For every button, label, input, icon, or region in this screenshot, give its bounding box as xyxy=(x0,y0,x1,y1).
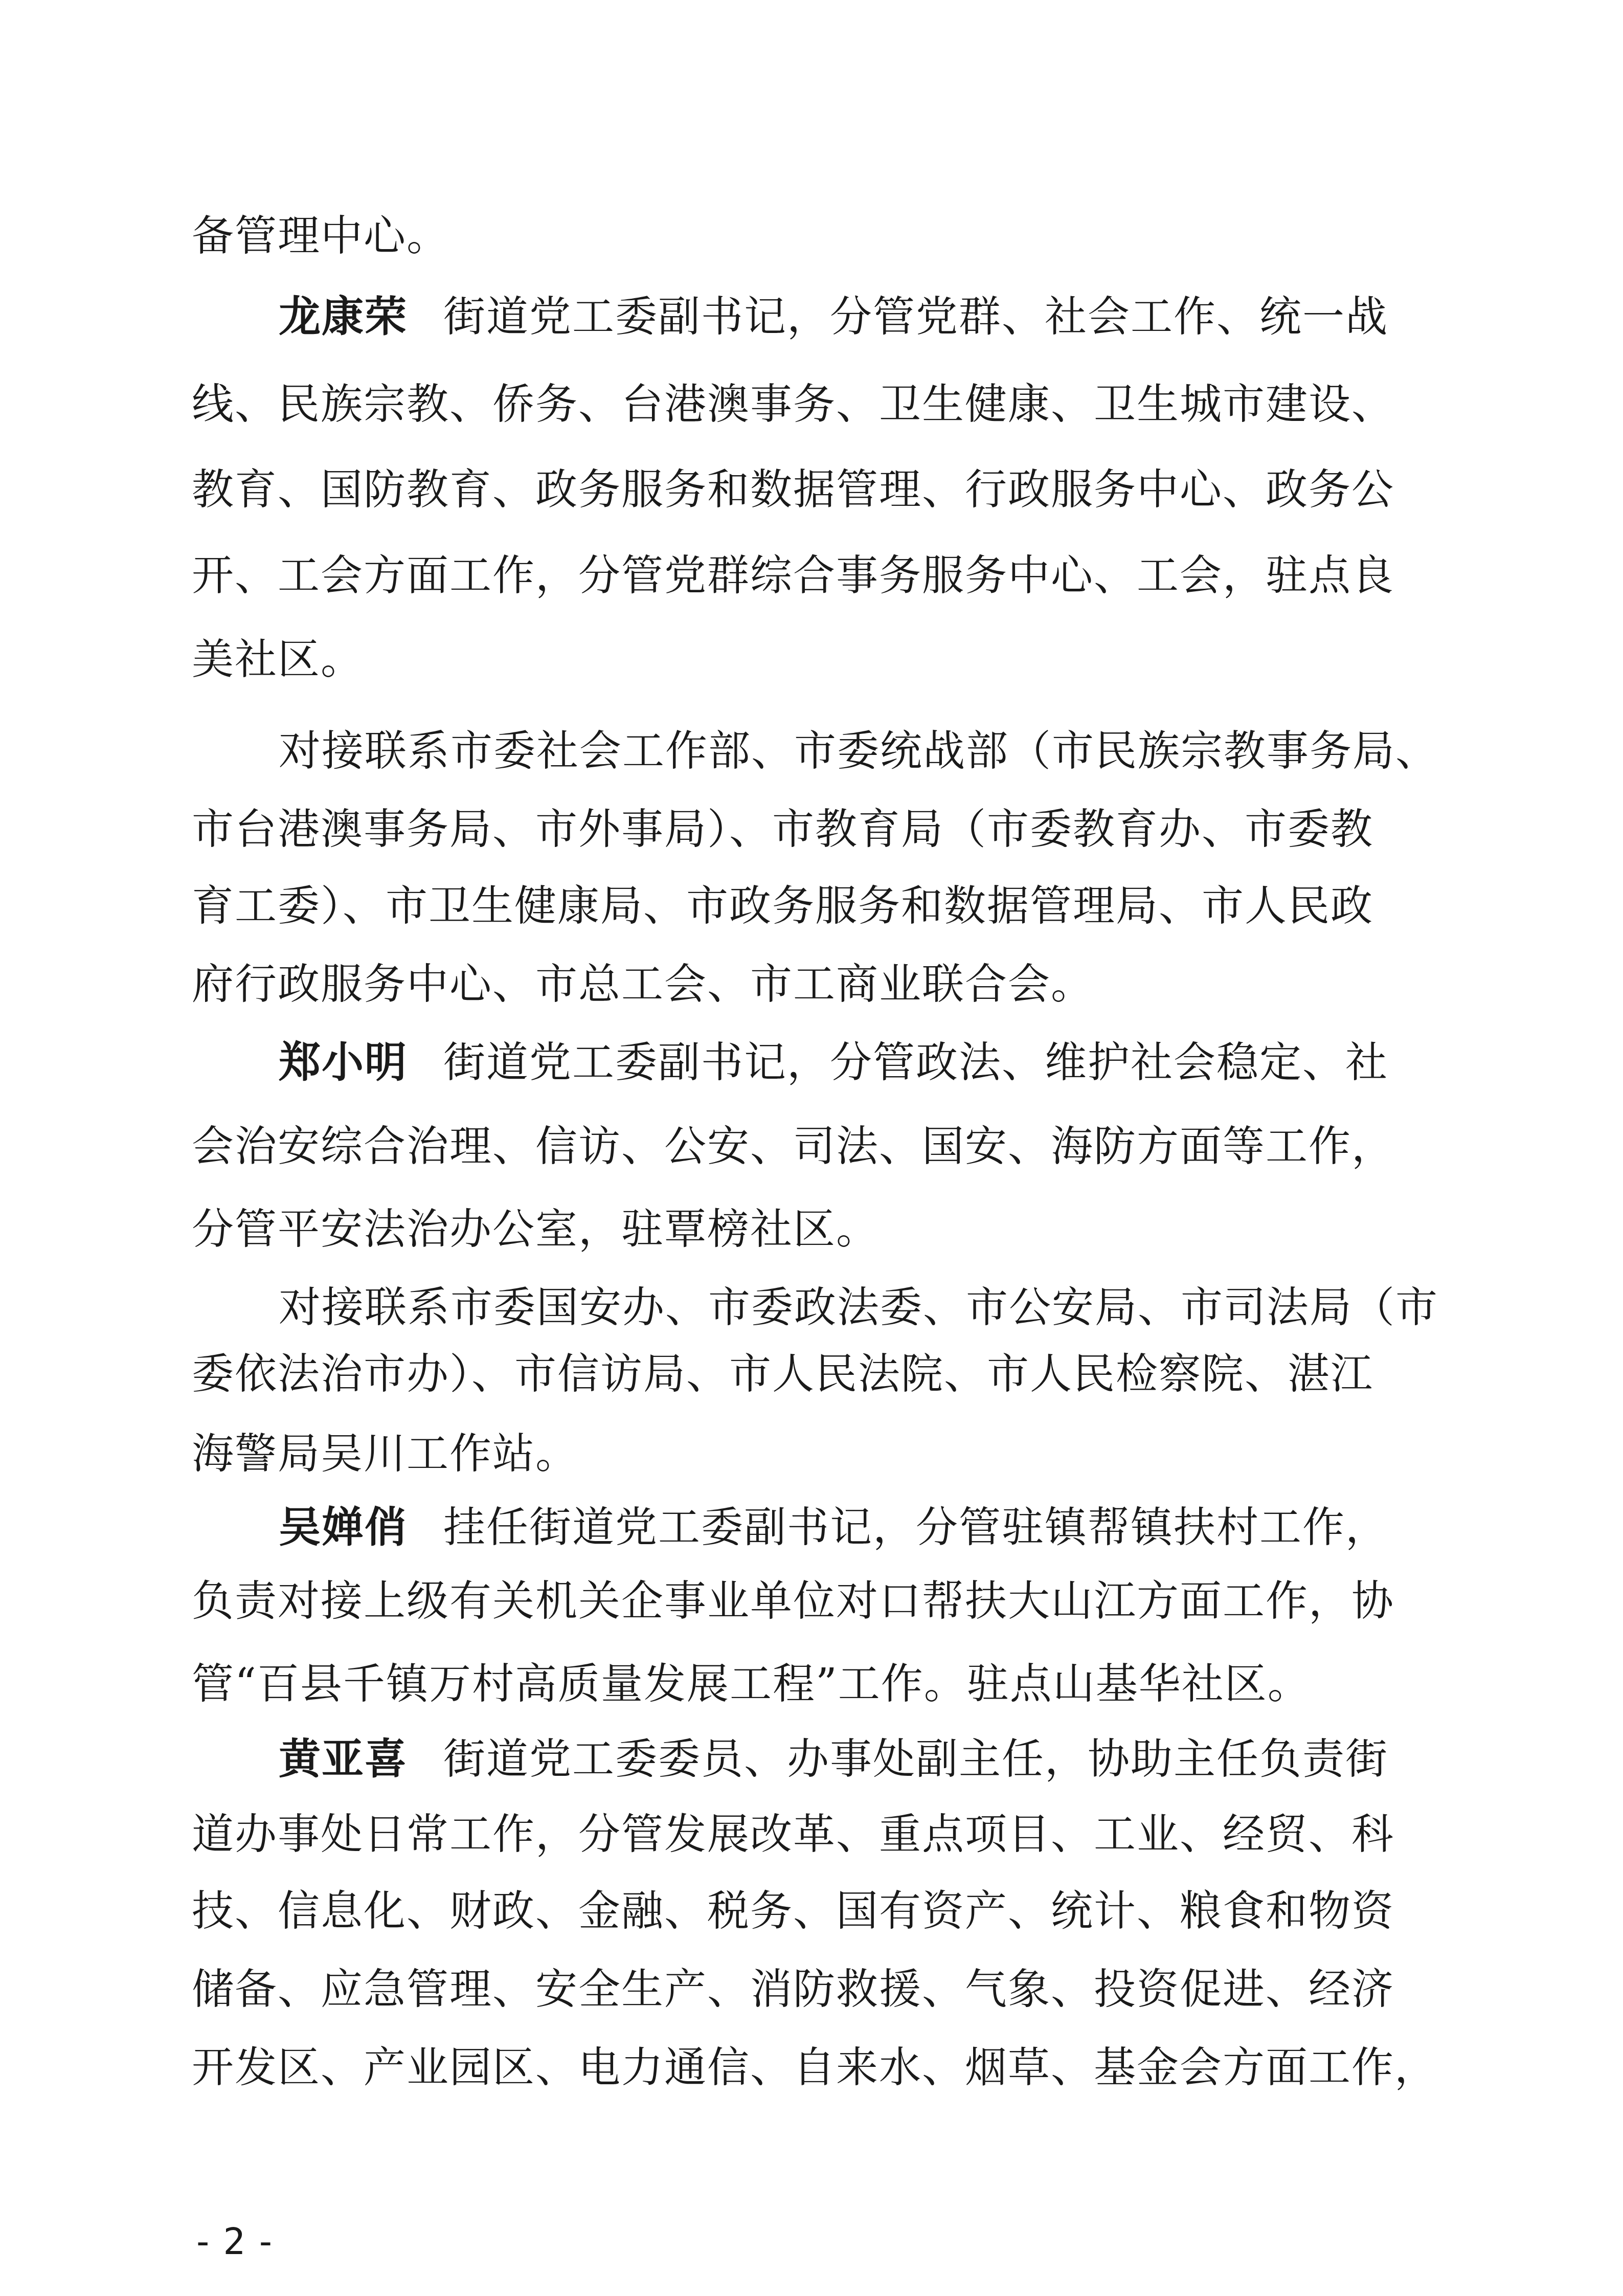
page-number: -2- xyxy=(192,2220,286,2263)
person-name: 吴婵俏 xyxy=(279,1503,408,1552)
text-line: 美社区。 xyxy=(192,634,1419,685)
text-line: 海警局吴川工作站。 xyxy=(192,1429,1419,1480)
person-paragraph-wu-chanqiao: 吴婵俏挂任街道党工委副书记，分管驻镇帮镇扶村工作， xyxy=(279,1502,1506,1553)
text-line: 会治安综合治理、信访、公安、司法、国安、海防方面等工作， xyxy=(192,1121,1419,1172)
text-line: 育工委）、市卫生健康局、市政务服务和数据管理局、市人民政 xyxy=(192,881,1419,932)
text-line: 线、民族宗教、侨务、台港澳事务、卫生健康、卫生城市建设、 xyxy=(192,379,1419,430)
text-line: 负责对接上级有关机关企事业单位对口帮扶大山江方面工作，协 xyxy=(192,1576,1419,1627)
text-line: 市台港澳事务局、市外事局）、市教育局（市委教育办、市委教 xyxy=(192,804,1419,855)
text-line: 备管理中心。 xyxy=(192,211,1419,262)
person-name: 龙康荣 xyxy=(279,293,408,341)
person-paragraph-zheng-xiaoming: 郑小明街道党工委副书记，分管政法、维护社会稳定、社 xyxy=(279,1037,1506,1088)
text-line: 分管平安法治办公室，驻覃榜社区。 xyxy=(192,1204,1419,1255)
text-line: 对接联系市委国安办、市委政法委、市公安局、市司法局（市 xyxy=(279,1282,1506,1333)
text-line: 管“百县千镇万村高质量发展工程”工作。驻点山基华社区。 xyxy=(192,1659,1419,1710)
person-duty-text: 街道党工委委员、办事处副主任，协助主任负责街 xyxy=(443,1735,1388,1784)
person-name: 黄亚喜 xyxy=(279,1735,408,1784)
person-paragraph-huang-yaxi: 黄亚喜街道党工委委员、办事处副主任，协助主任负责街 xyxy=(279,1734,1506,1785)
person-duty-text: 挂任街道党工委副书记，分管驻镇帮镇扶村工作， xyxy=(443,1503,1388,1552)
text-line: 开发区、产业园区、电力通信、自来水、烟草、基金会方面工作， xyxy=(192,2042,1419,2093)
person-name: 郑小明 xyxy=(279,1038,408,1087)
text-line: 对接联系市委社会工作部、市委统战部（市民族宗教事务局、 xyxy=(279,726,1506,777)
text-line: 储备、应急管理、安全生产、消防救援、气象、投资促进、经济 xyxy=(192,1964,1419,2015)
text-line: 开、工会方面工作，分管党群综合事务服务中心、工会，驻点良 xyxy=(192,550,1419,601)
person-duty-text: 街道党工委副书记，分管党群、社会工作、统一战 xyxy=(443,293,1388,341)
text-line: 委依法治市办）、市信访局、市人民法院、市人民检察院、湛江 xyxy=(192,1349,1419,1400)
text-line: 道办事处日常工作，分管发展改革、重点项目、工业、经贸、科 xyxy=(192,1809,1419,1860)
text-line: 教育、国防教育、政务服务和数据管理、行政服务中心、政务公 xyxy=(192,464,1419,516)
person-paragraph-long-kangrong: 龙康荣街道党工委副书记，分管党群、社会工作、统一战 xyxy=(279,292,1506,343)
person-duty-text: 街道党工委副书记，分管政法、维护社会稳定、社 xyxy=(443,1038,1388,1087)
text-line: 府行政服务中心、市总工会、市工商业联合会。 xyxy=(192,959,1419,1010)
text-line: 技、信息化、财政、金融、税务、国有资产、统计、粮食和物资 xyxy=(192,1886,1419,1937)
